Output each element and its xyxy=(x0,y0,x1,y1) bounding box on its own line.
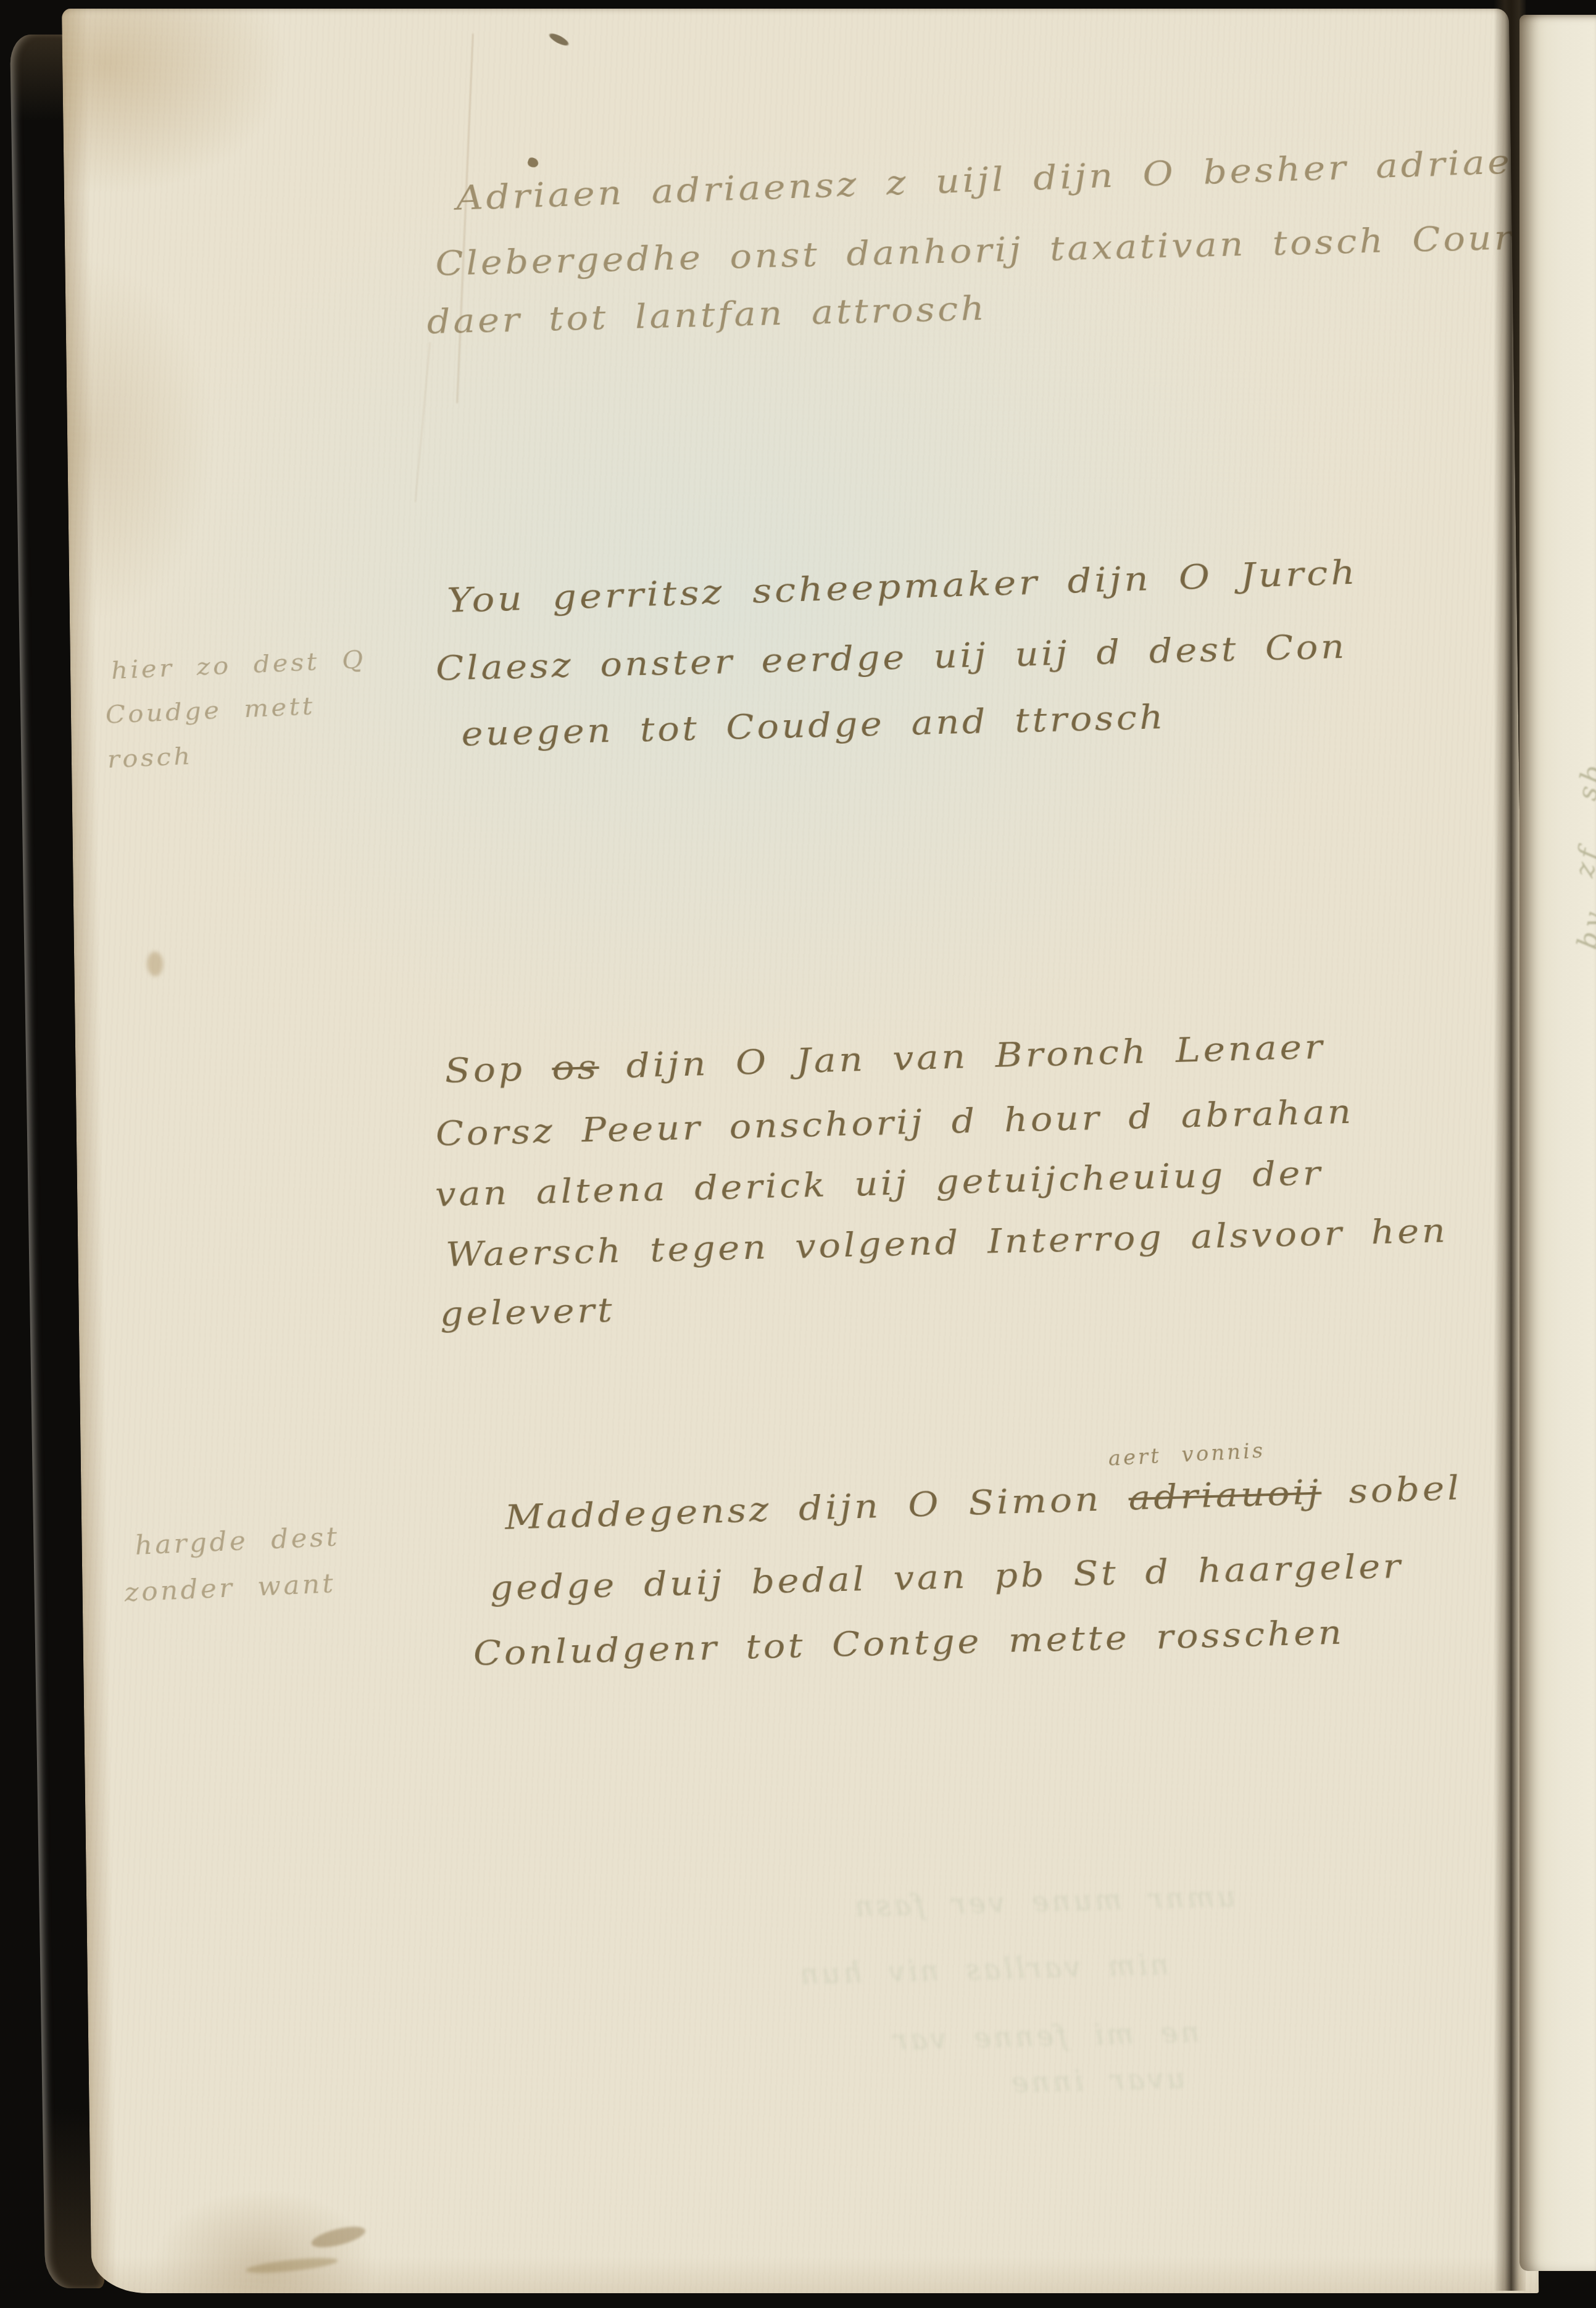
manuscript-photo: Adriaen adriaensz z uijl dijn O besher a… xyxy=(0,0,1596,2308)
handwriting-segment: Maddegensz dijn O Simon xyxy=(504,1479,1129,1537)
stain xyxy=(245,2255,338,2276)
adjacent-page-handwriting-fragment: by xyxy=(1572,906,1596,952)
paper-crease xyxy=(457,33,474,403)
margin-note-line: hier zo dest Q xyxy=(110,645,367,685)
paper-crease xyxy=(415,342,431,502)
ink-blot xyxy=(548,31,570,48)
handwritten-line: Claesz onster eerdge uij uij d dest Con xyxy=(435,627,1348,688)
manuscript-page: Adriaen adriaensz z uijl dijn O besher a… xyxy=(62,9,1539,2293)
handwritten-line: gedge duij bedal van pb St d haargeler xyxy=(489,1546,1403,1608)
crossed-out-word: os xyxy=(551,1047,600,1087)
handwriting-segment: sobel xyxy=(1321,1468,1463,1511)
ink-blot xyxy=(526,157,539,169)
handwriting-segment: dijn O Jan van Bronch Lenaer xyxy=(598,1027,1326,1086)
handwritten-line: Adriaen adriaensz z uijl dijn O besher a… xyxy=(455,140,1539,218)
handwritten-line: You gerritsz scheepmaker dijn O Jurch xyxy=(446,553,1358,620)
interlinear-insertion: aert vonnis xyxy=(1107,1438,1266,1471)
stain xyxy=(147,952,164,976)
stain xyxy=(309,2222,367,2251)
handwritten-line: euegen tot Coudge and ttrosch xyxy=(460,697,1166,753)
paper-grain xyxy=(62,9,1539,2293)
margin-note-line: hargde dest xyxy=(134,1522,340,1561)
handwritten-line: Corsz Peeur onschorij d hour d abrahan xyxy=(435,1092,1355,1153)
handwritten-line: van altena derick uij getuijcheuiug der xyxy=(434,1153,1324,1214)
handwritten-line: Sop os dijn O Jan van Bronch Lenaer xyxy=(444,1027,1326,1090)
handwritten-line: Maddegensz dijn O Simon adriauoij sobel xyxy=(504,1468,1463,1537)
bleed-through-line: ne mi fenne var xyxy=(890,2015,1200,2056)
adjacent-page-handwriting-fragment: sb xyxy=(1571,759,1596,803)
adjacent-page-edge: sb zf by xyxy=(1519,15,1596,2271)
handwriting-segment: Sop xyxy=(444,1048,552,1090)
margin-note-line: rosch xyxy=(107,742,194,774)
handwritten-line: Clebergedhe onst danhorij taxativan tosc… xyxy=(434,217,1539,283)
bleed-through-line: nim varllas niv hun xyxy=(797,1948,1170,1991)
margin-note-line: zonder want xyxy=(123,1568,336,1608)
bleed-through-line: umnr mune ver fasn xyxy=(851,1880,1236,1923)
handwritten-line: daer tot lantfan attrosch xyxy=(426,289,987,341)
adjacent-page-handwriting-fragment: zf xyxy=(1568,842,1596,880)
crossed-out-word: adriauoij xyxy=(1128,1472,1322,1517)
handwritten-line: gelevert xyxy=(439,1290,616,1334)
bleed-through-line: uvar inne xyxy=(1008,2061,1186,2099)
margin-note-line: Coudge mett xyxy=(105,692,316,729)
handwritten-line: Conludgenr tot Contge mette rosschen xyxy=(473,1613,1345,1673)
handwritten-line: Waersch tegen volgend Interrog alsvoor h… xyxy=(445,1211,1448,1274)
